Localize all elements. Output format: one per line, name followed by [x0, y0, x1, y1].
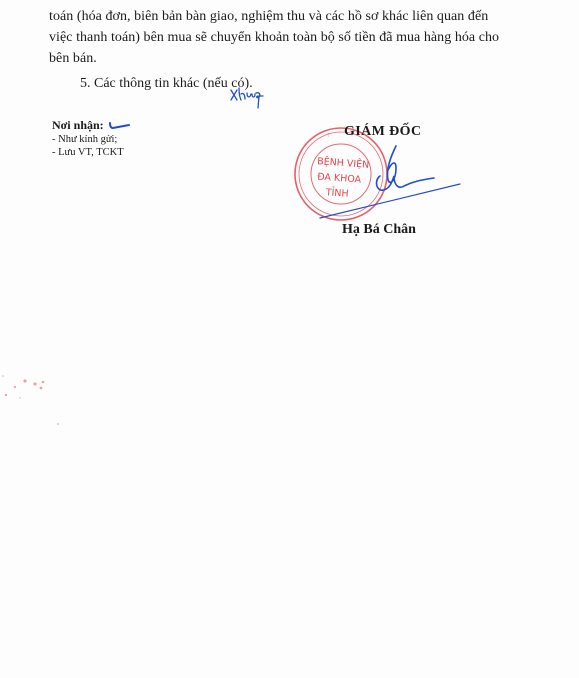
body-paragraph: toán (hóa đơn, biên bản bàn giao, nghiệm…	[49, 6, 539, 69]
recipients-heading: Nơi nhận:	[52, 118, 133, 133]
scan-speckles	[0, 370, 80, 430]
handwritten-initials-icon	[229, 84, 267, 110]
check-mark-icon	[107, 121, 133, 131]
recipients-block: Nơi nhận: - Như kính gửi; - Lưu VT, TCKT	[52, 118, 133, 159]
handwritten-signature-icon	[300, 140, 470, 230]
svg-text:T: T	[326, 133, 331, 139]
director-title: GIÁM ĐỐC	[344, 124, 421, 140]
other-information-item: 5. Các thông tin khác (nếu có).	[80, 76, 253, 92]
recipient-item: - Như kính gửi;	[52, 133, 133, 146]
director-name: Hạ Bá Chân	[342, 222, 416, 238]
paragraph-line-3: bên bán.	[49, 48, 539, 69]
recipient-item: - Lưu VT, TCKT	[52, 146, 133, 159]
paragraph-line-2: việc thanh toán) bên mua sẽ chuyển khoản…	[49, 27, 539, 48]
paragraph-line-1: toán (hóa đơn, biên bản bàn giao, nghiệm…	[49, 6, 539, 27]
